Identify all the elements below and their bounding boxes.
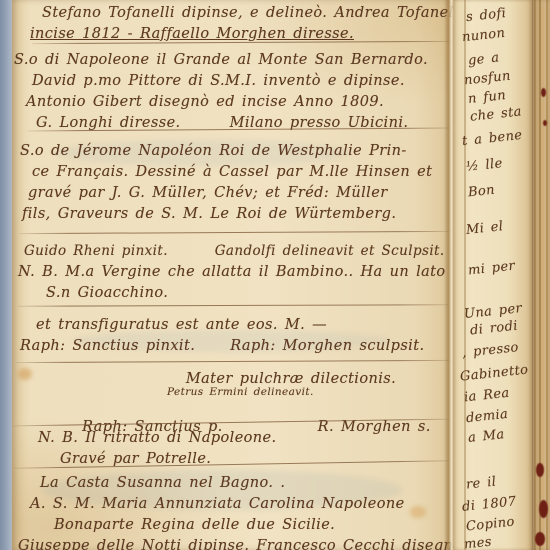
manuscript-line: Raph: Sanctius pinxit. Raph: Morghen scu… <box>12 336 450 357</box>
manuscript-line: ce Français. Dessiné à Cassel par M.lle … <box>12 162 450 183</box>
manuscript-line: fils, Graveurs de S. M. Le Roi de Würtem… <box>12 204 450 225</box>
manuscript-entry: S.o di Napoleone il Grande al Monte San … <box>12 50 450 134</box>
fragment-text: ge a <box>467 50 500 68</box>
edge-speck <box>541 88 546 97</box>
fragment-text: Gabinetto <box>459 362 529 384</box>
fragment-text: Mi el <box>465 219 504 238</box>
fragment-text: mi per <box>467 259 516 279</box>
fragment-text: ia Rea <box>463 386 510 406</box>
fragment-text: t a bene <box>461 128 523 149</box>
manuscript-line: gravé par J. G. Müller, Chév; et Fréd: M… <box>12 183 450 204</box>
fragment-text: ½ lle <box>465 156 503 175</box>
edge-speck <box>536 463 544 477</box>
manuscript-line: S.o di Napoleone il Grande al Monte San … <box>12 50 450 71</box>
manuscript-line: Guido Rheni pinxit. Gandolfi delineavit … <box>12 241 450 262</box>
fragment-text: che sta <box>469 104 522 124</box>
manuscript-entry: S.o de Jérome Napoléon Roi de Westphalie… <box>12 141 450 225</box>
manuscript-line: A. S. M. Maria Annunziata Carolina Napol… <box>12 494 450 515</box>
manuscript-entry: Guido Rheni pinxit. Gandolfi delineavit … <box>12 241 450 304</box>
manuscript-scan: Stefano Tofanelli dipinse, e delineò. An… <box>0 0 550 550</box>
fragment-text: nosfun <box>463 69 511 89</box>
fragment-text: di rodi <box>469 319 518 339</box>
fragment-text: Copino <box>465 514 515 534</box>
manuscript-entry: et transfiguratus est ante eos. M. — Rap… <box>12 315 450 357</box>
section-divider <box>16 360 450 363</box>
edge-speck <box>543 120 547 126</box>
fragment-text: n fun <box>467 88 506 107</box>
manuscript-line: Bonaparte Regina delle due Sicilie. <box>12 515 450 536</box>
manuscript-entry: Stefano Tofanelli dipinse, e delineò. An… <box>12 3 450 45</box>
section-divider <box>20 231 450 234</box>
fragment-text: mes <box>463 535 492 550</box>
fragment-text: , presso <box>461 340 519 361</box>
manuscript-line: Giuseppe delle Notti dipinse. Francesco … <box>12 536 450 550</box>
manuscript-line: N. B. Il ritratto di Napoleone. <box>12 428 450 449</box>
manuscript-line: et transfiguratus est ante eos. M. — <box>12 315 450 336</box>
fragment-text: Bon <box>467 183 495 201</box>
book-fore-edge <box>532 0 550 550</box>
manuscript-line: S.n Gioacchino. <box>12 283 450 304</box>
fragment-text: re il <box>465 474 497 492</box>
page-fold <box>444 0 454 550</box>
manuscript-line: S.o de Jérome Napoléon Roi de Westphalie… <box>12 141 450 162</box>
manuscript-line: Antonio Gibert disegnò ed incise Anno 18… <box>12 92 450 113</box>
manuscript-line: La Casta Susanna nel Bagno. . <box>12 473 450 494</box>
manuscript-line: David p.mo Pittore di S.M.I. inventò e d… <box>12 71 450 92</box>
binding-edge <box>0 0 12 550</box>
manuscript-entry: La Casta Susanna nel Bagno. . A. S. M. M… <box>12 473 450 550</box>
edge-speck <box>535 532 545 546</box>
fragment-text: demia <box>465 407 509 426</box>
edge-speck <box>539 500 548 518</box>
fragment-text: nunon <box>461 26 506 45</box>
manuscript-line: N. B. M.a Vergine che allatta il Bambino… <box>12 262 450 283</box>
section-divider <box>18 304 448 307</box>
manuscript-page: Stefano Tofanelli dipinse, e delineò. An… <box>12 0 450 550</box>
fragment-text: di 1807 <box>461 494 517 515</box>
fragment-text: a Ma <box>467 427 505 446</box>
manuscript-line: Stefano Tofanelli dipinse, e delineò. An… <box>12 3 450 24</box>
interlinear-insertion: Petrus Ermini delineavit. <box>167 386 314 398</box>
adjacent-page-edge: s dofi nunon ge a nosfun n fun che sta t… <box>454 0 532 550</box>
fragment-text: s dofi <box>465 6 507 25</box>
